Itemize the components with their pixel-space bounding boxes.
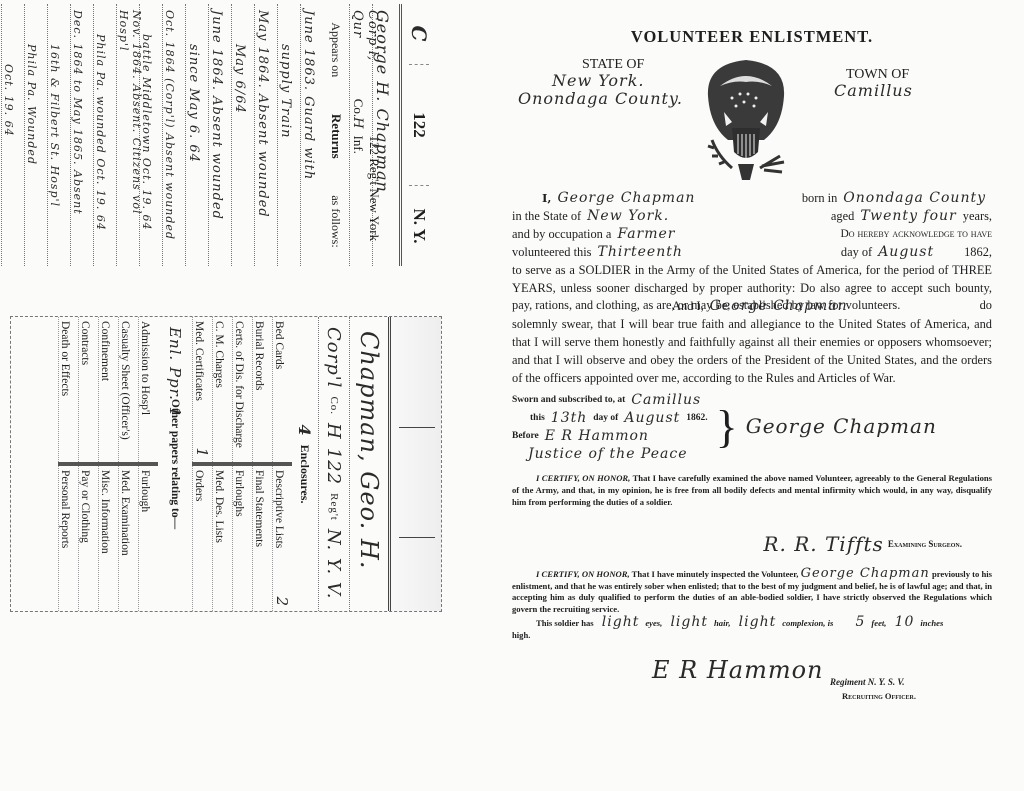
enclosure-item: Certs. of Dis. for Discharge xyxy=(232,317,252,462)
recruiter-certificate: I CERTIFY, ON HONOR, That I have minutel… xyxy=(512,568,992,615)
muster-card: C 122 N. Y. George H. Chapman Corp'l, Qu… xyxy=(24,4,436,266)
enclosure-item: Orders xyxy=(192,466,212,611)
other-paper-item: Contracts xyxy=(78,317,98,462)
oath-name: George Chapman xyxy=(710,298,848,316)
surgeon-certificate: I CERTIFY, ON HONOR, That I have careful… xyxy=(512,473,992,508)
surgeon-signature: R. R. Tiffts xyxy=(763,536,883,554)
return-entry: Phila Pa. wounded Oct. 19. 64 xyxy=(93,4,116,266)
envelope-company: H xyxy=(324,423,345,440)
state-value: New York. xyxy=(552,72,644,90)
town-value: Camillus xyxy=(834,82,913,100)
other-paper-item: Med. Examination xyxy=(118,466,138,611)
other-papers-grid: Admission to Hosp'l Casualty Sheet (Offi… xyxy=(58,317,158,611)
company: H xyxy=(350,117,365,129)
rank-line: Corp'l, Qur Co. H 122 Reg't New York Inf… xyxy=(349,4,372,266)
return-entry: Oct. 1864 (Corp'l) Absent wounded xyxy=(162,4,185,266)
envelope-rank: Corp'l xyxy=(324,327,345,388)
enclosure-item: Med. Des. Lists xyxy=(212,466,232,611)
as-follows-label: as follows: xyxy=(329,195,344,247)
enlist-month: August xyxy=(878,244,934,262)
envelope-unit-line: Corp'l Co. H 122 Reg't N. Y. V. xyxy=(318,317,349,611)
other-paper-item: Admission to Hosp'l xyxy=(138,317,158,462)
envelope-regiment-label: Reg't xyxy=(328,493,340,521)
enclosure-item: Bed Cards xyxy=(272,317,292,462)
envelope-strip xyxy=(388,317,441,611)
occupation: Farmer xyxy=(617,226,675,244)
eagle-seal-icon xyxy=(698,56,794,184)
enclosures-count: 4 xyxy=(296,425,315,437)
document-title: VOLUNTEER ENLISTMENT. xyxy=(512,28,992,46)
other-paper-item: Personal Reports xyxy=(58,466,78,611)
return-entry: 16th & Filbert St. Hosp'l xyxy=(47,4,70,266)
return-entry: June 1864. Absent wounded xyxy=(208,4,231,266)
enclosure-item: C. M. Charges xyxy=(212,317,232,462)
enclosure-item: Descriptive Lists2 xyxy=(272,466,292,611)
officer-signature: E R Hammon xyxy=(652,662,824,680)
sworn-place: Camillus xyxy=(631,392,701,410)
enlist-year: 1862, xyxy=(964,244,992,262)
other-paper-item: Confinement xyxy=(98,317,118,462)
appears-on-row: Appears on Returns as follows: xyxy=(323,4,349,266)
envelope-name: Chapman, Geo. H. xyxy=(349,317,388,611)
hair-color: light xyxy=(670,614,708,630)
regiment-text: 122 Reg't New York Inf. xyxy=(350,135,382,260)
brace: } xyxy=(716,407,738,447)
birth-state: New York. xyxy=(587,208,669,226)
volunteer-name: George Chapman xyxy=(557,190,695,208)
return-entry: Dec. 1864 to May 1865. Absent xyxy=(70,4,93,266)
state-abbr: N. Y. xyxy=(409,186,429,266)
document-header: STATE OF New York. Onondaga County. TOWN… xyxy=(512,50,992,190)
return-entry: Phila Pa. Wounded xyxy=(24,4,47,266)
envelope-state: N. Y. V. xyxy=(324,529,345,600)
envelope-regiment-number: 122 xyxy=(324,448,345,485)
birthplace: Onondaga County xyxy=(843,190,986,208)
name-row: I, George Chapman born in Onondaga Count… xyxy=(512,190,992,208)
cert-volunteer-name: George Chapman xyxy=(801,566,930,581)
enlist-day: Thirteenth xyxy=(598,244,683,262)
enlistment-document: VOLUNTEER ENLISTMENT. STATE OF New York.… xyxy=(512,28,992,718)
appears-on-label: Appears on xyxy=(329,22,344,77)
eye-color: light xyxy=(602,614,640,630)
company-label: Co. xyxy=(350,99,366,117)
enclosure-item: Final Statements xyxy=(252,466,272,611)
returns-label: Returns xyxy=(328,114,344,159)
surgeon-signature-row: R. R. Tiffts Examining Surgeon. xyxy=(512,536,962,554)
recruiting-officer-block: E R Hammon Regiment N. Y. S. V. Recruiti… xyxy=(512,658,992,718)
occupation-row: and by occupation a Farmer Do hereby ack… xyxy=(512,226,992,244)
height-feet: 5 xyxy=(855,614,865,630)
return-entry: Nov. 1864. Absent. Citizens vol Hosp'l xyxy=(116,4,139,266)
enclosures-label: Enclosures. xyxy=(298,445,313,504)
surgeon-title: Examining Surgeon. xyxy=(888,536,962,554)
return-entry: since May 6. 64 xyxy=(185,4,208,266)
return-entry: Oct. 19. 64 xyxy=(1,4,24,266)
return-entry: May 1864. Absent wounded xyxy=(254,4,277,266)
other-papers-label: Other papers relating to— xyxy=(169,399,181,529)
other-paper-item: Death or Effects xyxy=(58,317,78,462)
sworn-month: August xyxy=(624,410,680,428)
return-entry: May 6/64 xyxy=(231,4,254,266)
envelope-card: Chapman, Geo. H. Corp'l Co. H 122 Reg't … xyxy=(10,316,442,612)
regiment-number: 122 xyxy=(409,64,429,186)
state-age-row: in the State of New York. aged Twenty fo… xyxy=(512,208,992,226)
county-value: Onondaga County. xyxy=(518,90,683,108)
other-paper-item: Furlough xyxy=(138,466,158,611)
other-papers-row: Enl. Ppr. 1 Other papers relating to— xyxy=(158,317,192,611)
complexion: light xyxy=(739,614,777,630)
description-line: This soldier has lighteyes, lighthair, l… xyxy=(512,617,992,641)
company-letter: C xyxy=(407,4,431,64)
date-row: volunteered this Thirteenth day of Augus… xyxy=(512,244,992,262)
other-paper-item: Misc. Information xyxy=(98,466,118,611)
enclosure-item: Med. Certificates1 xyxy=(192,317,212,462)
justice-title: Justice of the Peace xyxy=(528,446,687,464)
sworn-block: Sworn and subscribed to, atCamillus this… xyxy=(512,391,992,463)
justice-name: E R Hammon xyxy=(545,428,649,446)
enclosures-row: 4 Enclosures. xyxy=(292,317,318,611)
sworn-day: 13th xyxy=(551,410,587,428)
enclosure-item: Burial Records xyxy=(252,317,272,462)
age: Twenty four xyxy=(860,208,956,226)
enclosures-grid: Bed Cards Burial Records Certs. of Dis. … xyxy=(192,317,292,611)
enclosure-item: Furloughs xyxy=(232,466,252,611)
height-inches: 10 xyxy=(895,614,915,630)
other-paper-item: Pay or Clothing xyxy=(78,466,98,611)
muster-card-header: C 122 N. Y. xyxy=(399,4,436,266)
other-paper-item: Casualty Sheet (Officer's) xyxy=(118,317,138,462)
return-entry: supply Train xyxy=(277,4,300,266)
envelope-company-label: Co. xyxy=(328,396,340,415)
volunteer-signature: George Chapman xyxy=(746,418,937,436)
officer-title: Recruiting Officer. xyxy=(842,688,916,706)
oath-text: solemnly swear, that I will bear true fa… xyxy=(512,316,992,387)
other-papers-note: Enl. Ppr. 1 xyxy=(166,327,184,417)
rank: Corp'l, Qur xyxy=(350,10,380,93)
return-entry: June 1863. Guard with xyxy=(300,4,323,266)
